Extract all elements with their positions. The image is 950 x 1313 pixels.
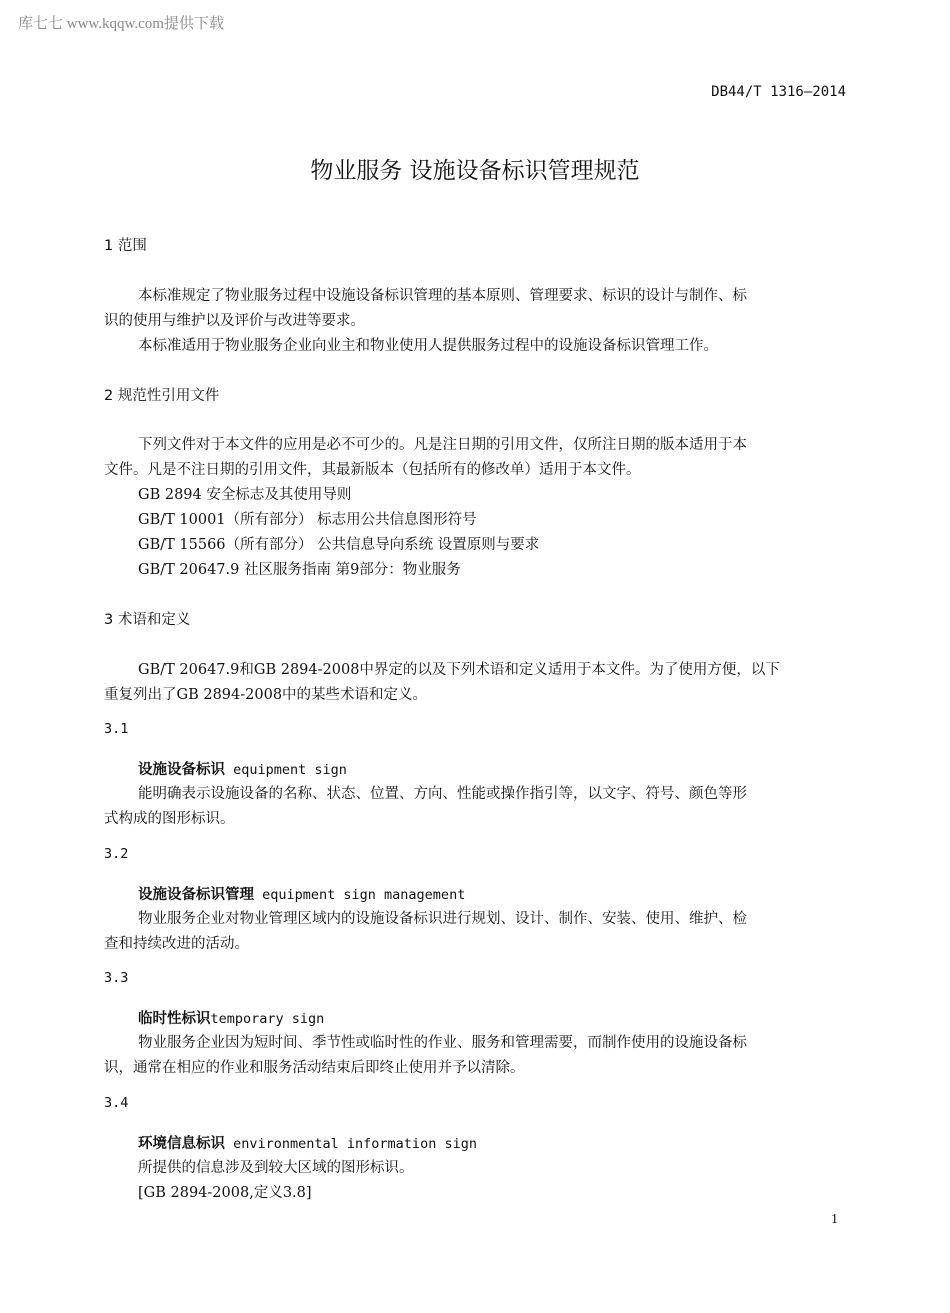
term-number: 3.4 [104, 1095, 128, 1111]
term-zh: 临时性标识 [138, 1011, 211, 1027]
section-3-para-1-line-1: GB/T 20647.9和GB 2894-2008中界定的以及下列术语和定义适用… [138, 658, 780, 679]
reference-item: GB 2894 安全标志及其使用导则 [138, 483, 351, 504]
term-title: 设施设备标识 equipment sign [138, 758, 347, 779]
term-definition-line-2: 识，通常在相应的作业和服务活动结束后即终止使用并予以清除。 [104, 1056, 525, 1077]
page-title: 物业服务 设施设备标识管理规范 [0, 152, 950, 185]
section-1-para-1-line-2: 识的使用与维护以及评价与改进等要求。 [104, 309, 365, 330]
term-en: environmental information sign [225, 1136, 477, 1152]
term-zh: 设施设备标识管理 [138, 887, 254, 903]
document-number: DB44/T 1316—2014 [711, 84, 846, 100]
section-1-heading: 1 范围 [104, 234, 147, 255]
reference-item: GB/T 15566（所有部分） 公共信息导向系统 设置原则与要求 [138, 533, 539, 554]
page-number: 1 [831, 1212, 838, 1228]
term-zh: 环境信息标识 [138, 1136, 225, 1152]
reference-item: GB/T 20647.9 社区服务指南 第9部分：物业服务 [138, 558, 461, 579]
term-en: equipment sign [225, 762, 347, 778]
term-en: equipment sign management [254, 887, 465, 903]
section-1-para-1-line-1: 本标准规定了物业服务过程中设施设备标识管理的基本原则、管理要求、标识的设计与制作… [138, 284, 747, 305]
section-2-para-1-line-2: 文件。凡是不注日期的引用文件，其最新版本（包括所有的修改单）适用于本文件。 [104, 458, 641, 479]
term-source-citation: [GB 2894-2008,定义3.8] [138, 1181, 312, 1202]
term-number: 3.1 [104, 721, 128, 737]
section-1-para-2: 本标准适用于物业服务企业向业主和物业使用人提供服务过程中的设施设备标识管理工作。 [138, 334, 718, 355]
term-definition-line-1: 物业服务企业对物业管理区域内的设施设备标识进行规划、设计、制作、安装、使用、维护… [138, 907, 747, 928]
section-2-para-1-line-1: 下列文件对于本文件的应用是必不可少的。凡是注日期的引用文件，仅所注日期的版本适用… [138, 433, 747, 454]
term-definition-line-1: 物业服务企业因为短时间、季节性或临时性的作业、服务和管理需要，而制作使用的设施设… [138, 1031, 747, 1052]
term-definition-line-2: 查和持续改进的活动。 [104, 932, 249, 953]
term-title: 环境信息标识 environmental information sign [138, 1132, 477, 1153]
watermark: 库七七 www.kqqw.com提供下载 [18, 12, 224, 33]
term-definition-line-2: 式构成的图形标识。 [104, 807, 235, 828]
term-title: 临时性标识temporary sign [138, 1007, 324, 1028]
section-3-para-1-line-2: 重复列出了GB 2894-2008中的某些术语和定义。 [104, 683, 427, 704]
reference-item: GB/T 10001（所有部分） 标志用公共信息图形符号 [138, 508, 477, 529]
term-en: temporary sign [211, 1011, 325, 1027]
section-2-heading: 2 规范性引用文件 [104, 384, 219, 405]
term-title: 设施设备标识管理 equipment sign management [138, 883, 465, 904]
term-zh: 设施设备标识 [138, 762, 225, 778]
term-number: 3.2 [104, 846, 128, 862]
term-definition-line-1: 所提供的信息涉及到较大区域的图形标识。 [138, 1156, 414, 1177]
term-number: 3.3 [104, 970, 128, 986]
section-3-heading: 3 术语和定义 [104, 608, 190, 629]
term-definition-line-1: 能明确表示设施设备的名称、状态、位置、方向、性能或操作指引等，以文字、符号、颜色… [138, 782, 747, 803]
